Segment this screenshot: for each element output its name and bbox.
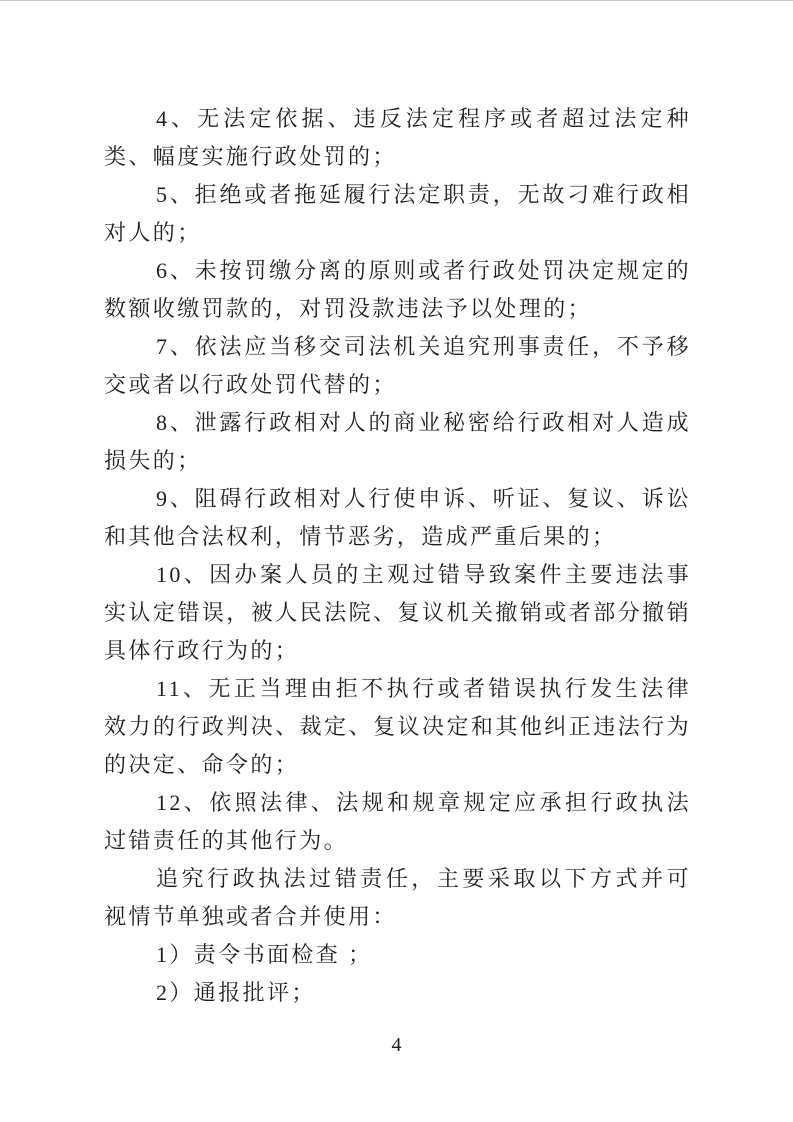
paragraph: 4、无法定依据、违反法定程序或者超过法定种类、幅度实施行政处罚的； <box>104 100 691 176</box>
paragraph: 6、未按罚缴分离的原则或者行政处罚决定规定的数额收缴罚款的，对罚没款违法予以处理… <box>104 252 691 328</box>
paragraph: 8、泄露行政相对人的商业秘密给行政相对人造成损失的； <box>104 404 691 480</box>
paragraph: 10、因办案人员的主观过错导致案件主要违法事实认定错误，被人民法院、复议机关撤销… <box>104 556 691 670</box>
paragraph: 追究行政执法过错责任，主要采取以下方式并可视情节单独或者合并使用： <box>104 860 691 936</box>
page-number: 4 <box>0 1034 793 1057</box>
paragraph: 9、阻碍行政相对人行使申诉、听证、复议、诉讼和其他合法权利，情节恶劣，造成严重后… <box>104 480 691 556</box>
paragraph: 7、依法应当移交司法机关追究刑事责任，不予移交或者以行政处罚代替的； <box>104 328 691 404</box>
document-page: 4、无法定依据、违反法定程序或者超过法定种类、幅度实施行政处罚的；5、拒绝或者拖… <box>0 0 793 1122</box>
paragraph: 5、拒绝或者拖延履行法定职责，无故刁难行政相对人的； <box>104 176 691 252</box>
paragraph: 1）责令书面检查 ； <box>104 936 691 974</box>
paragraph: 12、依照法律、法规和规章规定应承担行政执法过错责任的其他行为。 <box>104 784 691 860</box>
paragraph: 11、无正当理由拒不执行或者错误执行发生法律效力的行政判决、裁定、复议决定和其他… <box>104 670 691 784</box>
document-body: 4、无法定依据、违反法定程序或者超过法定种类、幅度实施行政处罚的；5、拒绝或者拖… <box>104 100 691 1012</box>
paragraph: 2）通报批评； <box>104 974 691 1012</box>
